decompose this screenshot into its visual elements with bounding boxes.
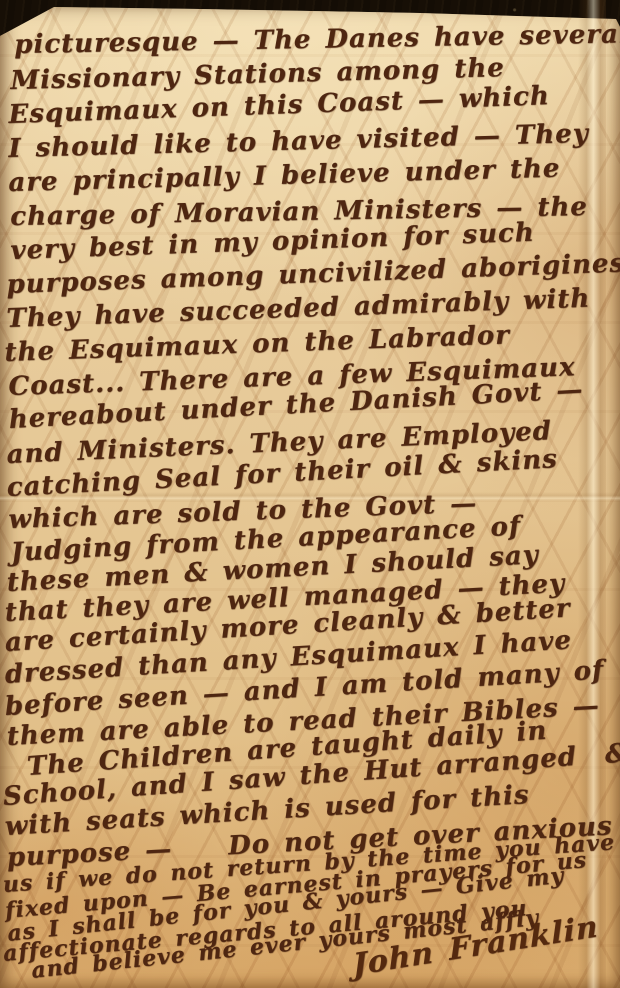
letter-line: picturesque — The Danes have several <box>14 19 620 60</box>
photo-background: picturesque — The Danes have several Mis… <box>0 0 620 988</box>
letter-body: picturesque — The Danes have several Mis… <box>0 0 620 988</box>
